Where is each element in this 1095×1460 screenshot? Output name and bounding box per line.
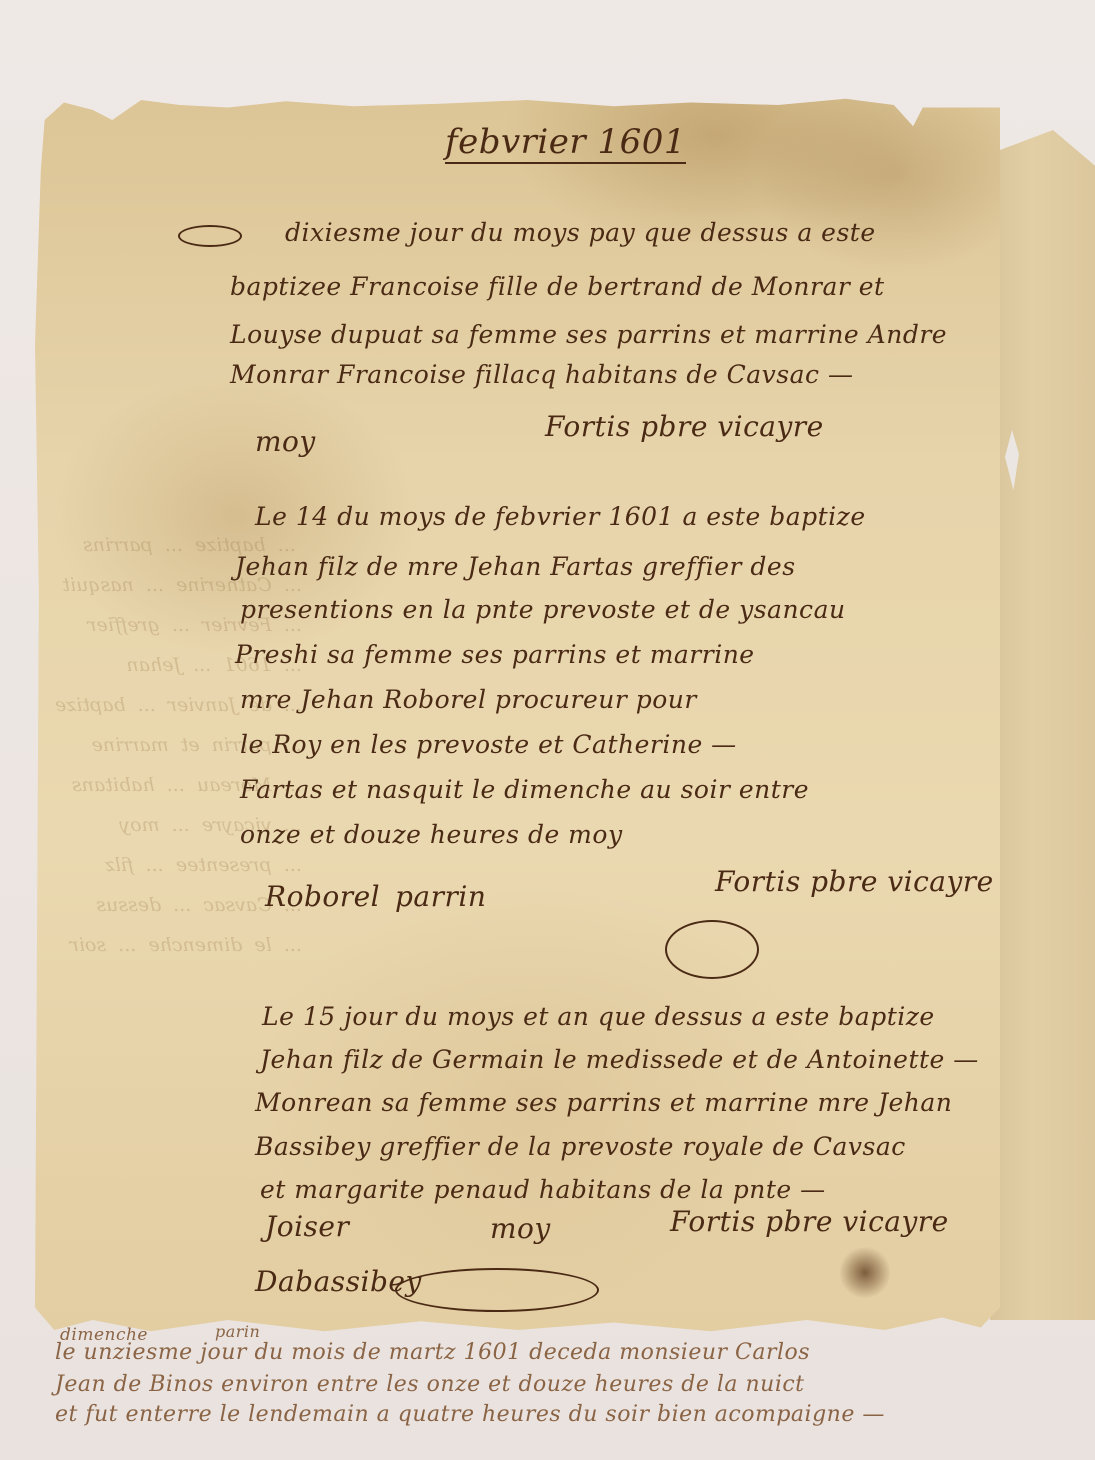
entry-line: presentions en la pnte prevoste et de ys… <box>240 595 846 624</box>
entry-line: mre Jehan Roborel procureur pour <box>240 685 697 714</box>
entry-line: Le 14 du moys de febvrier 1601 a este ba… <box>255 502 866 531</box>
entry-line: le unziesme jour du mois de martz 1601 d… <box>55 1340 810 1365</box>
page-heading: febvrier 1601 <box>445 122 686 162</box>
entry-line: Monrean sa femme ses parrins et marrine … <box>255 1088 952 1117</box>
entry-line: Le 15 jour du moys et an que dessus a es… <box>262 1002 935 1031</box>
signature-flourish <box>395 1268 599 1312</box>
adjacent-page-edge <box>990 130 1095 1320</box>
entry-line: Jehan filz de mre Jehan Fartas greffier … <box>235 552 796 581</box>
ink-stain <box>840 1245 890 1300</box>
entry-line: et fut enterre le lendemain a quatre heu… <box>55 1402 885 1427</box>
signature: Joiser <box>265 1210 349 1243</box>
signature-priest: Fortis pbre vicayre <box>545 410 824 443</box>
entry-line: et margarite penaud habitans de la pnte … <box>260 1175 826 1204</box>
signature: moy <box>255 425 316 458</box>
entry-line: dixiesme jour du moys pay que dessus a e… <box>285 218 876 247</box>
entry-line: Jean de Binos environ entre les onze et … <box>55 1372 805 1397</box>
entry-line: baptizee Francoise fille de bertrand de … <box>230 272 885 301</box>
paper-hole <box>1005 430 1019 490</box>
entry-line: Louyse dupuat sa femme ses parrins et ma… <box>230 320 947 349</box>
entry-line: le Roy en les prevoste et Catherine — <box>240 730 737 759</box>
entry-line: Monrar Francoise fillacq habitans de Cav… <box>230 360 853 389</box>
entry-line: onze et douze heures de moy <box>240 820 623 849</box>
signature-flourish <box>665 920 759 979</box>
interlinear-note: parin <box>215 1322 260 1341</box>
signature: moy <box>490 1212 551 1245</box>
signature: parrin <box>395 880 486 913</box>
heading-text: febvrier 1601 <box>445 122 686 164</box>
entry-line: Fartas et nasquit le dimenche au soir en… <box>240 775 809 804</box>
signature: Roborel <box>265 880 380 913</box>
entry-line: Preshi sa femme ses parrins et marrine <box>235 640 755 669</box>
entry-line: Jehan filz de Germain le medissede et de… <box>260 1045 979 1074</box>
signature-priest: Fortis pbre vicayre <box>715 865 994 898</box>
entry-line: Bassibey greffier de la prevoste royale … <box>255 1132 906 1161</box>
signature-priest: Fortis pbre vicayre <box>670 1205 949 1238</box>
entry-flourish <box>178 225 242 247</box>
